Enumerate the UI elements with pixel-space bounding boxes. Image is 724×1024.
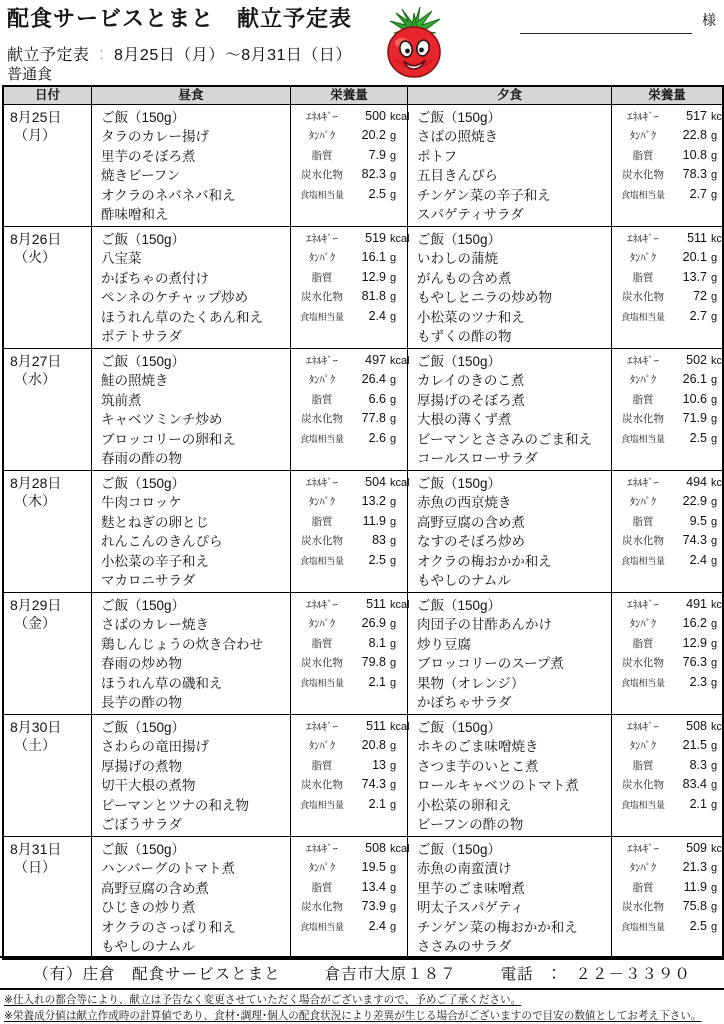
menu-item: オクラのさっぱり和え [101,918,288,937]
header-dinner: 夕食 [408,87,612,104]
date-cell: 8月26日（火） [4,227,92,348]
menu-item: 麩とねぎの卵とじ [101,513,288,532]
nutrition-value: 2.7 [674,309,707,323]
nutrition-unit: g [711,374,717,386]
nutrition-value: 11.9 [674,880,707,894]
date-cell: 8月31日（日） [4,837,92,958]
nutrition-unit: g [711,169,717,181]
nutrition-row: 炭水化物81.8g [291,289,407,308]
nutrition-label: 脂質 [291,392,353,407]
nutrition-unit: g [390,291,396,303]
nutrition-value: 517 [674,109,707,123]
nutrition-row: 脂質13g [291,758,407,777]
nutrition-row: ﾀﾝﾊﾟｸ26.1g [612,372,724,391]
nutrition-label: ｴﾈﾙｷﾞｰ [612,597,674,612]
lunch-menu-cell: ご飯（150g）さばのカレー焼き鶏しんじょうの炊き合わせ春雨の炒め物ほうれん草の… [92,593,291,714]
nutrition-label: 食塩相当量 [612,798,674,811]
nutrition-unit: kcal [711,599,724,611]
nutrition-unit: g [711,799,717,811]
nutrition-row: 炭水化物83g [291,533,407,552]
nutrition-row: ｴﾈﾙｷﾞｰ497kcal [291,353,407,372]
menu-item: ごぼうサラダ [101,815,288,834]
nutrition-label: 炭水化物 [612,899,674,914]
nutrition-row: 脂質10.8g [612,148,724,167]
table-row: 8月29日（金）ご飯（150g）さばのカレー焼き鶏しんじょうの炊き合わせ春雨の炒… [4,592,722,714]
nutrition-row: 炭水化物72g [612,289,724,308]
nutrition-label: ｴﾈﾙｷﾞｰ [291,597,353,612]
nutrition-value: 2.5 [674,919,707,933]
nutrition-label: 脂質 [612,392,674,407]
header-date: 日付 [4,87,92,104]
menu-item: 里芋のそぼろ煮 [101,147,288,166]
nutrition-value: 2.5 [674,431,707,445]
nutrition-row: 脂質8.3g [612,758,724,777]
nutrition-row: ﾀﾝﾊﾟｸ22.8g [612,128,724,147]
nutrition-unit: g [390,413,396,425]
nutrition-value: 12.9 [353,270,386,284]
nutrition-value: 21.5 [674,738,707,752]
nutrition-value: 500 [353,109,386,123]
nutrition-unit: kcal [390,721,410,733]
menu-item: 大根の薄くず煮 [417,410,609,429]
nutrition-label: ｴﾈﾙｷﾞｰ [612,475,674,490]
menu-item: もやしのナムル [417,571,609,590]
nutrition-value: 20.2 [353,128,386,142]
menu-item: なすのそぼろ炒め [417,532,609,551]
period-label: 献立予定表 [7,47,90,64]
menu-item: ブロッコリーの卵和え [101,430,288,449]
nutrition-label: 炭水化物 [612,289,674,304]
nutrition-value: 71.9 [674,411,707,425]
date-text: 8月26日 [10,230,89,248]
nutrition-label: 食塩相当量 [291,920,353,933]
dinner-nutrition-cell: ｴﾈﾙｷﾞｰ491kcalﾀﾝﾊﾟｸ16.2g脂質12.9g炭水化物76.3g食… [612,593,724,714]
nutrition-row: 炭水化物75.8g [612,899,724,918]
nutrition-row: ｴﾈﾙｷﾞｰ519kcal [291,231,407,250]
nutrition-label: 脂質 [612,148,674,163]
company-info-bar: （有）庄倉 配食サービスとまと 倉吉市大原１８７ 電話 ： ２２－３３９０ [0,956,724,990]
nutrition-value: 13.7 [674,270,707,284]
nutrition-row: 炭水化物76.3g [612,655,724,674]
date-text: 8月28日 [10,474,89,492]
lunch-nutrition-cell: ｴﾈﾙｷﾞｰ497kcalﾀﾝﾊﾟｸ26.4g脂質6.6g炭水化物77.8g食塩… [291,349,408,470]
nutrition-unit: g [711,882,717,894]
lunch-menu-cell: ご飯（150g）タラのカレー揚げ里芋のそぼろ煮焼きビーフンオクラのネバネバ和え酢… [92,105,291,226]
nutrition-label: 食塩相当量 [291,554,353,567]
nutrition-row: ﾀﾝﾊﾟｸ21.3g [612,860,724,879]
nutrition-row: 炭水化物77.8g [291,411,407,430]
table-row: 8月27日（水）ご飯（150g）鮭の照焼き筑前煮キャベツミンチ炒めブロッコリーの… [4,348,722,470]
menu-item: ペンネのケチャップ炒め [101,288,288,307]
nutrition-label: 食塩相当量 [612,188,674,201]
date-cell: 8月30日（土） [4,715,92,836]
nutrition-row: 脂質9.5g [612,514,724,533]
nutrition-row: 食塩相当量2.1g [291,797,407,816]
customer-name-field: 様 [520,10,716,34]
nutrition-value: 82.3 [353,167,386,181]
nutrition-value: 13.4 [353,880,386,894]
nutrition-label: ﾀﾝﾊﾟｸ [612,738,674,753]
nutrition-row: 食塩相当量2.5g [291,187,407,206]
menu-item: 厚揚げの煮物 [101,757,288,776]
nutrition-value: 21.3 [674,860,707,874]
weekday-text: （日） [10,858,89,876]
nutrition-unit: g [711,516,717,528]
menu-item: さばのカレー焼き [101,615,288,634]
weekday-text: （木） [10,492,89,510]
dinner-menu-cell: ご飯（150g）赤魚の西京焼き高野豆腐の含め煮なすのそぼろ炒めオクラの梅おかか和… [408,471,612,592]
nutrition-row: 脂質12.9g [291,270,407,289]
table-row: 8月26日（火）ご飯（150g）八宝菜かぼちゃの煮付けペンネのケチャップ炒めほう… [4,226,722,348]
nutrition-value: 511 [353,597,386,611]
nutrition-unit: kcal [390,111,410,123]
menu-item: 五目きんぴら [417,166,609,185]
name-honorific: 様 [702,10,716,30]
menu-item: 小松菜のツナ和え [417,308,609,327]
nutrition-row: 炭水化物73.9g [291,899,407,918]
nutrition-row: 食塩相当量2.3g [612,675,724,694]
nutrition-row: ﾀﾝﾊﾟｸ16.1g [291,250,407,269]
date-text: 8月29日 [10,596,89,614]
nutrition-label: 炭水化物 [291,411,353,426]
nutrition-row: 食塩相当量2.4g [291,919,407,938]
meal-type-label: 普通食 [7,63,52,84]
nutrition-label: ﾀﾝﾊﾟｸ [291,494,353,509]
nutrition-value: 511 [353,719,386,733]
nutrition-label: ｴﾈﾙｷﾞｰ [291,231,353,246]
nutrition-unit: g [390,901,396,913]
menu-item: オクラの梅おかか和え [417,552,609,571]
nutrition-row: 炭水化物74.3g [612,533,724,552]
nutrition-unit: g [711,901,717,913]
period-separator: ： [94,47,111,64]
nutrition-unit: g [390,555,396,567]
nutrition-row: 食塩相当量2.4g [612,553,724,572]
nutrition-row: 炭水化物79.8g [291,655,407,674]
nutrition-unit: g [390,516,396,528]
nutrition-value: 511 [674,231,707,245]
nutrition-unit: g [390,311,396,323]
dinner-menu-cell: ご飯（150g）ホキのごま味噌焼きさつま芋のいとこ煮ロールキャベツのトマト煮小松… [408,715,612,836]
nutrition-value: 502 [674,353,707,367]
menu-item: 鮭の照焼き [101,371,288,390]
menu-item: 焼きビーフン [101,166,288,185]
nutrition-unit: g [711,496,717,508]
nutrition-unit: g [711,130,717,142]
nutrition-label: 脂質 [612,270,674,285]
menu-item: ご飯（150g） [101,596,288,615]
nutrition-label: ｴﾈﾙｷﾞｰ [612,231,674,246]
nutrition-row: ｴﾈﾙｷﾞｰ491kcal [612,597,724,616]
nutrition-label: 脂質 [291,270,353,285]
nutrition-unit: g [390,618,396,630]
nutrition-value: 2.4 [353,919,386,933]
table-row: 8月31日（日）ご飯（150g）ハンバーグのトマト煮高野豆腐の含め煮ひじきの炒り… [4,836,722,958]
menu-item: ピーマンとささみのごま和え [417,430,609,449]
date-text: 8月25日 [10,108,89,126]
nutrition-unit: kcal [711,477,724,489]
nutrition-row: 脂質10.6g [612,392,724,411]
dinner-nutrition-cell: ｴﾈﾙｷﾞｰ517kcalﾀﾝﾊﾟｸ22.8g脂質10.8g炭水化物78.3g食… [612,105,724,226]
nutrition-label: ｴﾈﾙｷﾞｰ [612,719,674,734]
menu-item: チンゲン菜の辛子和え [417,186,609,205]
menu-item: ご飯（150g） [417,718,609,737]
menu-item: 小松菜の辛子和え [101,552,288,571]
nutrition-value: 72 [674,289,707,303]
nutrition-unit: g [711,862,717,874]
nutrition-label: 食塩相当量 [612,554,674,567]
menu-item: ホキのごま味噌焼き [417,737,609,756]
nutrition-value: 10.6 [674,392,707,406]
nutrition-unit: kcal [390,843,410,855]
nutrition-value: 2.1 [353,797,386,811]
table-row: 8月30日（土）ご飯（150g）さわらの竜田揚げ厚揚げの煮物切干大根の煮物ピーマ… [4,714,722,836]
nutrition-unit: g [711,311,717,323]
company-phone: 電話 ： ２２－３３９０ [501,962,691,984]
nutrition-label: ｴﾈﾙｷﾞｰ [291,353,353,368]
nutrition-value: 20.8 [353,738,386,752]
nutrition-unit: g [390,740,396,752]
nutrition-label: ﾀﾝﾊﾟｸ [612,250,674,265]
nutrition-label: 炭水化物 [612,411,674,426]
nutrition-label: 食塩相当量 [291,798,353,811]
nutrition-unit: g [390,169,396,181]
nutrition-label: 炭水化物 [291,167,353,182]
nutrition-unit: g [711,394,717,406]
nutrition-value: 509 [674,841,707,855]
menu-item: ビーフンの酢の物 [417,815,609,834]
menu-item: ご飯（150g） [101,840,288,859]
nutrition-row: ﾀﾝﾊﾟｸ26.9g [291,616,407,635]
nutrition-row: 炭水化物83.4g [612,777,724,796]
menu-item: ご飯（150g） [101,718,288,737]
nutrition-label: ﾀﾝﾊﾟｸ [291,738,353,753]
menu-item: 肉団子の甘酢あんかけ [417,615,609,634]
nutrition-value: 26.9 [353,616,386,630]
nutrition-label: ﾀﾝﾊﾟｸ [612,616,674,631]
menu-item: 里芋のごま味噌煮 [417,879,609,898]
dinner-menu-cell: ご飯（150g）肉団子の甘酢あんかけ炒り豆腐ブロッコリーのスープ煮果物（オレンジ… [408,593,612,714]
nutrition-row: ｴﾈﾙｷﾞｰ502kcal [612,353,724,372]
menu-item: ご飯（150g） [101,108,288,127]
nutrition-row: ｴﾈﾙｷﾞｰ508kcal [291,841,407,860]
nutrition-label: 脂質 [612,514,674,529]
nutrition-label: ﾀﾝﾊﾟｸ [612,372,674,387]
nutrition-label: 脂質 [612,758,674,773]
dinner-nutrition-cell: ｴﾈﾙｷﾞｰ494kcalﾀﾝﾊﾟｸ22.9g脂質9.5g炭水化物74.3g食塩… [612,471,724,592]
nutrition-unit: g [390,657,396,669]
nutrition-row: ｴﾈﾙｷﾞｰ500kcal [291,109,407,128]
nutrition-row: 食塩相当量2.5g [291,553,407,572]
menu-item: マカロニサラダ [101,571,288,590]
nutrition-label: ﾀﾝﾊﾟｸ [291,616,353,631]
nutrition-value: 2.5 [353,187,386,201]
nutrition-value: 8.3 [674,758,707,772]
nutrition-row: 脂質11.9g [291,514,407,533]
menu-item: がんもの含め煮 [417,269,609,288]
menu-item: 春雨の酢の物 [101,449,288,468]
nutrition-row: ｴﾈﾙｷﾞｰ517kcal [612,109,724,128]
nutrition-unit: g [711,272,717,284]
nutrition-row: 炭水化物82.3g [291,167,407,186]
menu-item: かぼちゃサラダ [417,693,609,712]
nutrition-row: 食塩相当量2.5g [612,431,724,450]
menu-item: ピーマンとツナの和え物 [101,796,288,815]
nutrition-label: 炭水化物 [291,777,353,792]
dinner-menu-cell: ご飯（150g）さばの照焼きポトフ五目きんぴらチンゲン菜の辛子和えスパゲティサラ… [408,105,612,226]
footnote-nutrition-estimate: ※栄養成分値は献立作成時の計算値であり、食材･調理･個人の配食状況により差異が生… [4,1009,720,1024]
nutrition-unit: g [711,638,717,650]
nutrition-unit: kcal [390,599,410,611]
header-lunch-nutrition: 栄養量 [291,87,408,104]
nutrition-unit: g [390,760,396,772]
nutrition-row: 脂質13.4g [291,880,407,899]
nutrition-value: 13.2 [353,494,386,508]
period-value: 8月25日（月）～8月31日（日） [114,47,352,64]
nutrition-label: ﾀﾝﾊﾟｸ [612,860,674,875]
nutrition-row: ｴﾈﾙｷﾞｰ509kcal [612,841,724,860]
menu-item: ハンバーグのトマト煮 [101,859,288,878]
nutrition-row: 食塩相当量2.4g [291,309,407,328]
nutrition-label: 脂質 [291,148,353,163]
lunch-nutrition-cell: ｴﾈﾙｷﾞｰ519kcalﾀﾝﾊﾟｸ16.1g脂質12.9g炭水化物81.8g食… [291,227,408,348]
nutrition-unit: g [711,740,717,752]
weekday-text: （土） [10,736,89,754]
dinner-nutrition-cell: ｴﾈﾙｷﾞｰ508kcalﾀﾝﾊﾟｸ21.5g脂質8.3g炭水化物83.4g食塩… [612,715,724,836]
nutrition-value: 508 [674,719,707,733]
nutrition-label: ﾀﾝﾊﾟｸ [612,494,674,509]
nutrition-row: ｴﾈﾙｷﾞｰ511kcal [291,719,407,738]
nutrition-unit: g [711,779,717,791]
nutrition-value: 74.3 [353,777,386,791]
nutrition-unit: g [711,150,717,162]
menu-item: もやしとニラの炒め物 [417,288,609,307]
nutrition-row: ﾀﾝﾊﾟｸ22.9g [612,494,724,513]
nutrition-label: 食塩相当量 [612,920,674,933]
nutrition-row: 食塩相当量2.1g [612,797,724,816]
nutrition-row: ｴﾈﾙｷﾞｰ511kcal [612,231,724,250]
menu-item: 切干大根の煮物 [101,776,288,795]
nutrition-unit: g [390,433,396,445]
nutrition-label: ｴﾈﾙｷﾞｰ [612,109,674,124]
nutrition-row: ﾀﾝﾊﾟｸ19.5g [291,860,407,879]
nutrition-label: 炭水化物 [612,533,674,548]
nutrition-value: 12.9 [674,636,707,650]
nutrition-label: 脂質 [291,758,353,773]
footnotes: ※仕入れの都合等により、献立は予告なく変更させていただく場合がございますので、予… [4,993,720,1024]
nutrition-label: 炭水化物 [612,167,674,182]
menu-item: 酢味噌和え [101,205,288,224]
date-cell: 8月27日（水） [4,349,92,470]
nutrition-value: 83 [353,533,386,547]
nutrition-unit: kcal [711,355,724,367]
menu-item: かぼちゃの煮付け [101,269,288,288]
nutrition-value: 22.9 [674,494,707,508]
menu-item: 鶏しんじょうの炊き合わせ [101,635,288,654]
dinner-nutrition-cell: ｴﾈﾙｷﾞｰ509kcalﾀﾝﾊﾟｸ21.3g脂質11.9g炭水化物75.8g食… [612,837,724,958]
nutrition-row: 脂質11.9g [612,880,724,899]
menu-item: 赤魚の南蛮漬け [417,859,609,878]
nutrition-unit: g [390,130,396,142]
menu-item: ほうれん草の磯和え [101,674,288,693]
nutrition-label: ﾀﾝﾊﾟｸ [291,250,353,265]
date-text: 8月30日 [10,718,89,736]
table-row: 8月28日（木）ご飯（150g）牛肉コロッケ麩とねぎの卵とじれんこんのきんぴら小… [4,470,722,592]
nutrition-label: ﾀﾝﾊﾟｸ [612,128,674,143]
menu-item: オクラのネバネバ和え [101,186,288,205]
menu-item: 小松菜の卵和え [417,796,609,815]
nutrition-row: 食塩相当量2.1g [291,675,407,694]
nutrition-row: ｴﾈﾙｷﾞｰ494kcal [612,475,724,494]
nutrition-value: 78.3 [674,167,707,181]
nutrition-label: 炭水化物 [291,655,353,670]
nutrition-value: 2.3 [674,675,707,689]
menu-item: タラのカレー揚げ [101,127,288,146]
nutrition-unit: kcal [711,233,724,245]
nutrition-value: 20.1 [674,250,707,264]
document-header: 配食サービスとまと 献立予定表 様 献立予定表：8月25日（月）～8月31日（日… [0,0,724,85]
menu-item: ご飯（150g） [417,352,609,371]
nutrition-unit: g [390,252,396,264]
nutrition-value: 16.2 [674,616,707,630]
menu-item: れんこんのきんぴら [101,532,288,551]
menu-item: ポトフ [417,147,609,166]
nutrition-value: 508 [353,841,386,855]
header-lunch: 昼食 [92,87,291,104]
menu-item: 筑前煮 [101,391,288,410]
menu-item: チンゲン菜の梅おかか和え [417,918,609,937]
nutrition-label: ｴﾈﾙｷﾞｰ [291,841,353,856]
menu-item: ひじきの炒り煮 [101,898,288,917]
nutrition-value: 73.9 [353,899,386,913]
menu-item: ご飯（150g） [417,840,609,859]
nutrition-unit: g [390,189,396,201]
nutrition-row: 脂質13.7g [612,270,724,289]
header-dinner-nutrition: 栄養量 [612,87,722,104]
menu-item: さばの照焼き [417,127,609,146]
menu-item: カレイのきのこ煮 [417,371,609,390]
weekday-text: （金） [10,614,89,632]
nutrition-unit: kcal [711,111,724,123]
nutrition-label: 脂質 [612,636,674,651]
nutrition-label: ｴﾈﾙｷﾞｰ [612,841,674,856]
name-underline [520,33,692,34]
nutrition-row: 食塩相当量2.6g [291,431,407,450]
nutrition-value: 2.6 [353,431,386,445]
nutrition-unit: g [390,496,396,508]
menu-item: ささみのサラダ [417,937,609,956]
menu-item: 赤魚の西京焼き [417,493,609,512]
nutrition-label: ｴﾈﾙｷﾞｰ [291,719,353,734]
nutrition-unit: g [390,862,396,874]
nutrition-unit: g [390,677,396,689]
company-name: （有）庄倉 配食サービスとまと [33,962,281,984]
nutrition-value: 26.1 [674,372,707,386]
menu-item: ご飯（150g） [417,230,609,249]
nutrition-value: 19.5 [353,860,386,874]
nutrition-unit: kcal [711,843,724,855]
nutrition-unit: g [711,535,717,547]
nutrition-value: 74.3 [674,533,707,547]
nutrition-label: 食塩相当量 [612,676,674,689]
nutrition-unit: kcal [390,355,410,367]
menu-item: コールスローサラダ [417,449,609,468]
nutrition-value: 497 [353,353,386,367]
menu-item: ほうれん草のたくあん和え [101,308,288,327]
nutrition-row: ﾀﾝﾊﾟｸ16.2g [612,616,724,635]
nutrition-row: ｴﾈﾙｷﾞｰ508kcal [612,719,724,738]
nutrition-row: 炭水化物78.3g [612,167,724,186]
